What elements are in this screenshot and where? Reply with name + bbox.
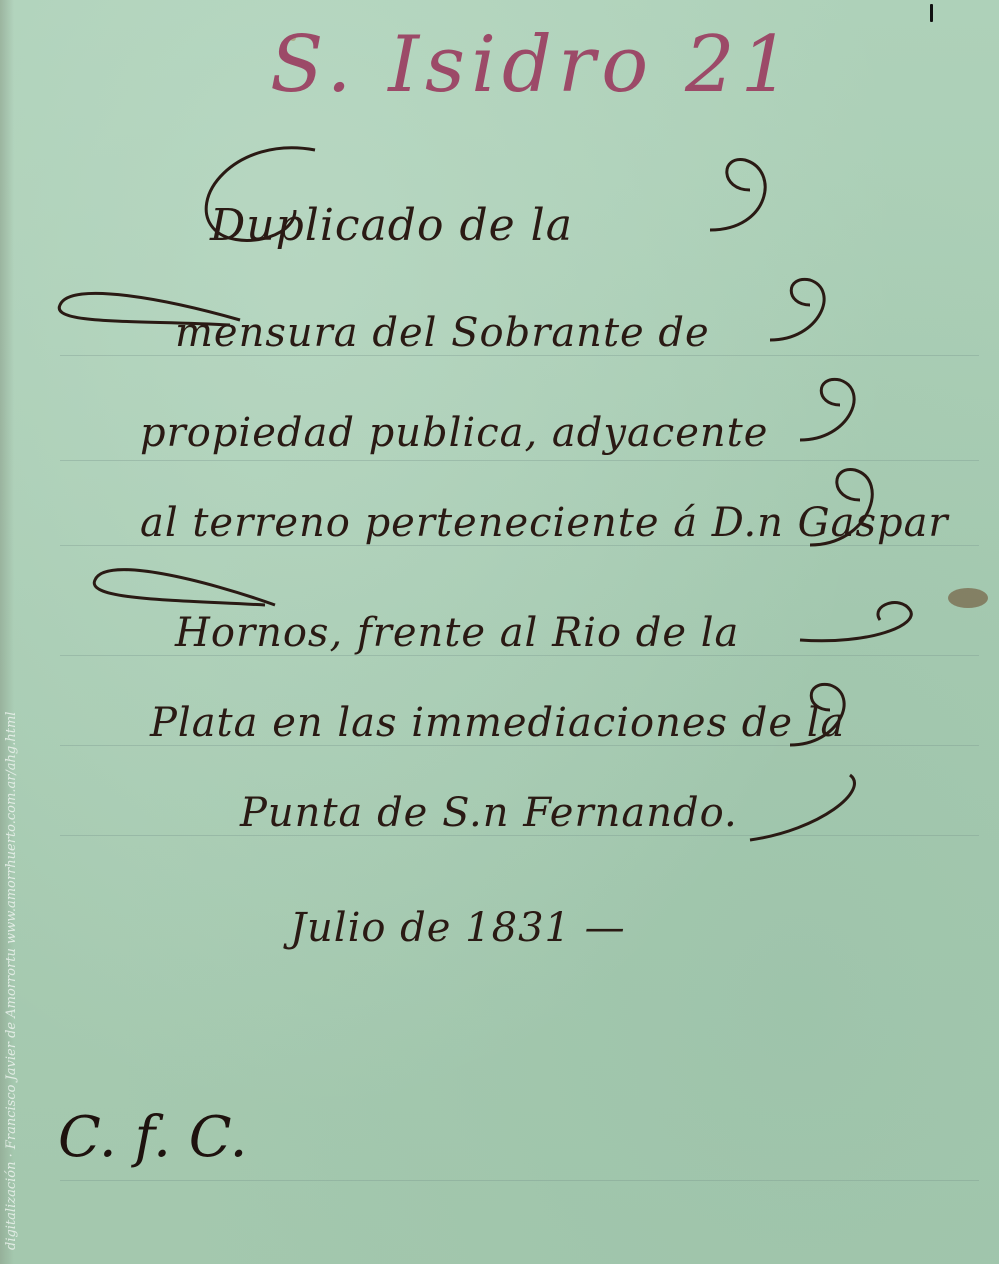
ruled-line	[60, 1180, 979, 1181]
document-line-3: propiedad publica, adyacente	[140, 410, 768, 456]
ink-mark	[930, 4, 933, 22]
document-line-2: mensura del Sobrante de	[175, 310, 710, 356]
flourish-swash	[690, 150, 780, 250]
signature-initials: C. f. C.	[58, 1105, 247, 1170]
flourish-swash	[740, 770, 870, 850]
flourish-swash	[790, 370, 870, 460]
document-line-6: Plata en las immediaciones de la	[150, 700, 845, 746]
document-line-8: Julio de 1831 —	[290, 905, 626, 951]
document-line-4: al terreno perteneciente á D.n Gaspar	[140, 500, 949, 546]
document-line-7: Punta de S.n Fernando.	[240, 790, 738, 836]
stain	[948, 588, 988, 608]
digitization-watermark: digitalización · Francisco Javier de Amo…	[4, 712, 19, 1250]
flourish-swash	[790, 595, 930, 655]
header-annotation: S. Isidro 21	[270, 20, 796, 110]
flourish-swash	[760, 270, 840, 360]
manuscript-page: S. Isidro 21 Duplicado de la mensura del…	[0, 0, 999, 1264]
document-line-5: Hornos, frente al Rio de la	[175, 610, 739, 656]
document-line-1: Duplicado de la	[210, 200, 573, 251]
